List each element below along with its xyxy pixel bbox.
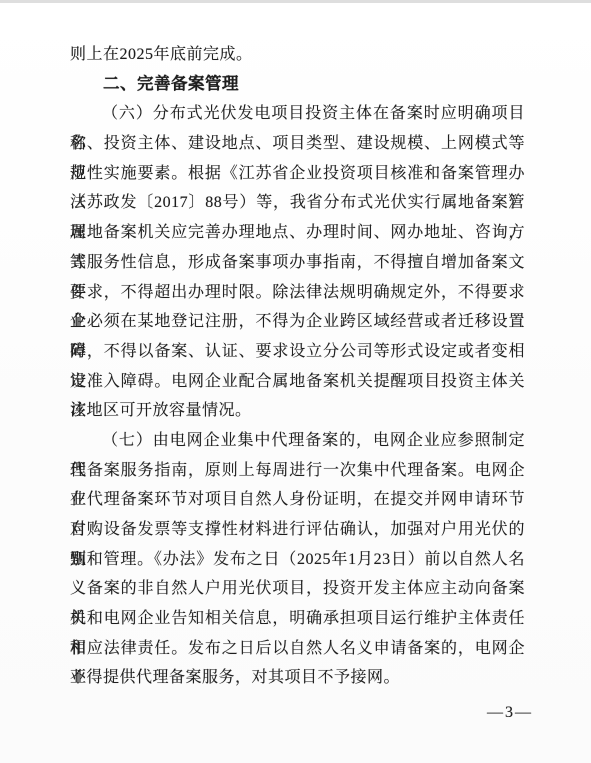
text-line: 碍，不得以备案、认证、要求设立分公司等形式设定或者变相设 bbox=[70, 337, 525, 367]
text-line: 属地备案机关应完善办理地点、办理时间、网办地址、咨询方式 bbox=[70, 218, 525, 248]
text-line: （苏政发〔2017〕88号）等，我省分布式光伏实行属地备案管理， bbox=[70, 188, 525, 218]
text-line: 称、投资主体、建设地点、项目类型、建设规模、上网模式等规 bbox=[70, 129, 525, 159]
text-line: （六）分布式光伏发电项目投资主体在备案时应明确项目名 bbox=[70, 99, 525, 129]
text-line: 关和电网企业告知相关信息，明确承担项目运行维护主体责任和 bbox=[70, 604, 525, 634]
text-line: 范性实施要素。根据《江苏省企业投资项目核准和备案管理办法》 bbox=[70, 159, 525, 189]
text-line: 定准入障碍。电网企业配合属地备案机关提醒项目投资主体关注 bbox=[70, 367, 525, 397]
text-line: 自购设备发票等支撑性材料进行评估确认，加强对户用光伏的甄 bbox=[70, 515, 525, 545]
text-line: 在代理备案环节对项目自然人身份证明，在提交并网申请环节对 bbox=[70, 485, 525, 515]
text-line: 别和管理。《办法》发布之日（2025年1月23日）前以自然人名 bbox=[70, 545, 525, 575]
scan-edge-artifact bbox=[0, 0, 591, 3]
text-line: 业必须在某地登记注册，不得为企业跨区域经营或者迁移设置障 bbox=[70, 307, 525, 337]
text-line: 等服务性信息，形成备案事项办事指南，不得擅自增加备案文件 bbox=[70, 248, 525, 278]
text-line: 不得提供代理备案服务，对其项目不予接网。 bbox=[70, 663, 525, 693]
text-line: （七）由电网企业集中代理备案的，电网企业应参照制定代 bbox=[70, 426, 525, 456]
text-line: 该地区可开放容量情况。 bbox=[70, 396, 525, 426]
document-body: 则上在2025年底前完成。 二、完善备案管理 （六）分布式光伏发电项目投资主体在… bbox=[70, 40, 525, 693]
text-line: 要求，不得超出办理时限。除法律法规明确规定外，不得要求企 bbox=[70, 278, 525, 308]
text-line: 理备案服务指南，原则上每周进行一次集中代理备案。电网企业 bbox=[70, 456, 525, 486]
text-line: 相应法律责任。发布之日后以自然人名义申请备案的，电网企业 bbox=[70, 634, 525, 664]
section-heading: 二、完善备案管理 bbox=[70, 70, 525, 100]
text-line: 则上在2025年底前完成。 bbox=[70, 40, 525, 70]
page-number: —3— bbox=[487, 704, 533, 722]
document-page: 则上在2025年底前完成。 二、完善备案管理 （六）分布式光伏发电项目投资主体在… bbox=[0, 0, 591, 763]
text-line: 义备案的非自然人户用光伏项目，投资开发主体应主动向备案机 bbox=[70, 574, 525, 604]
